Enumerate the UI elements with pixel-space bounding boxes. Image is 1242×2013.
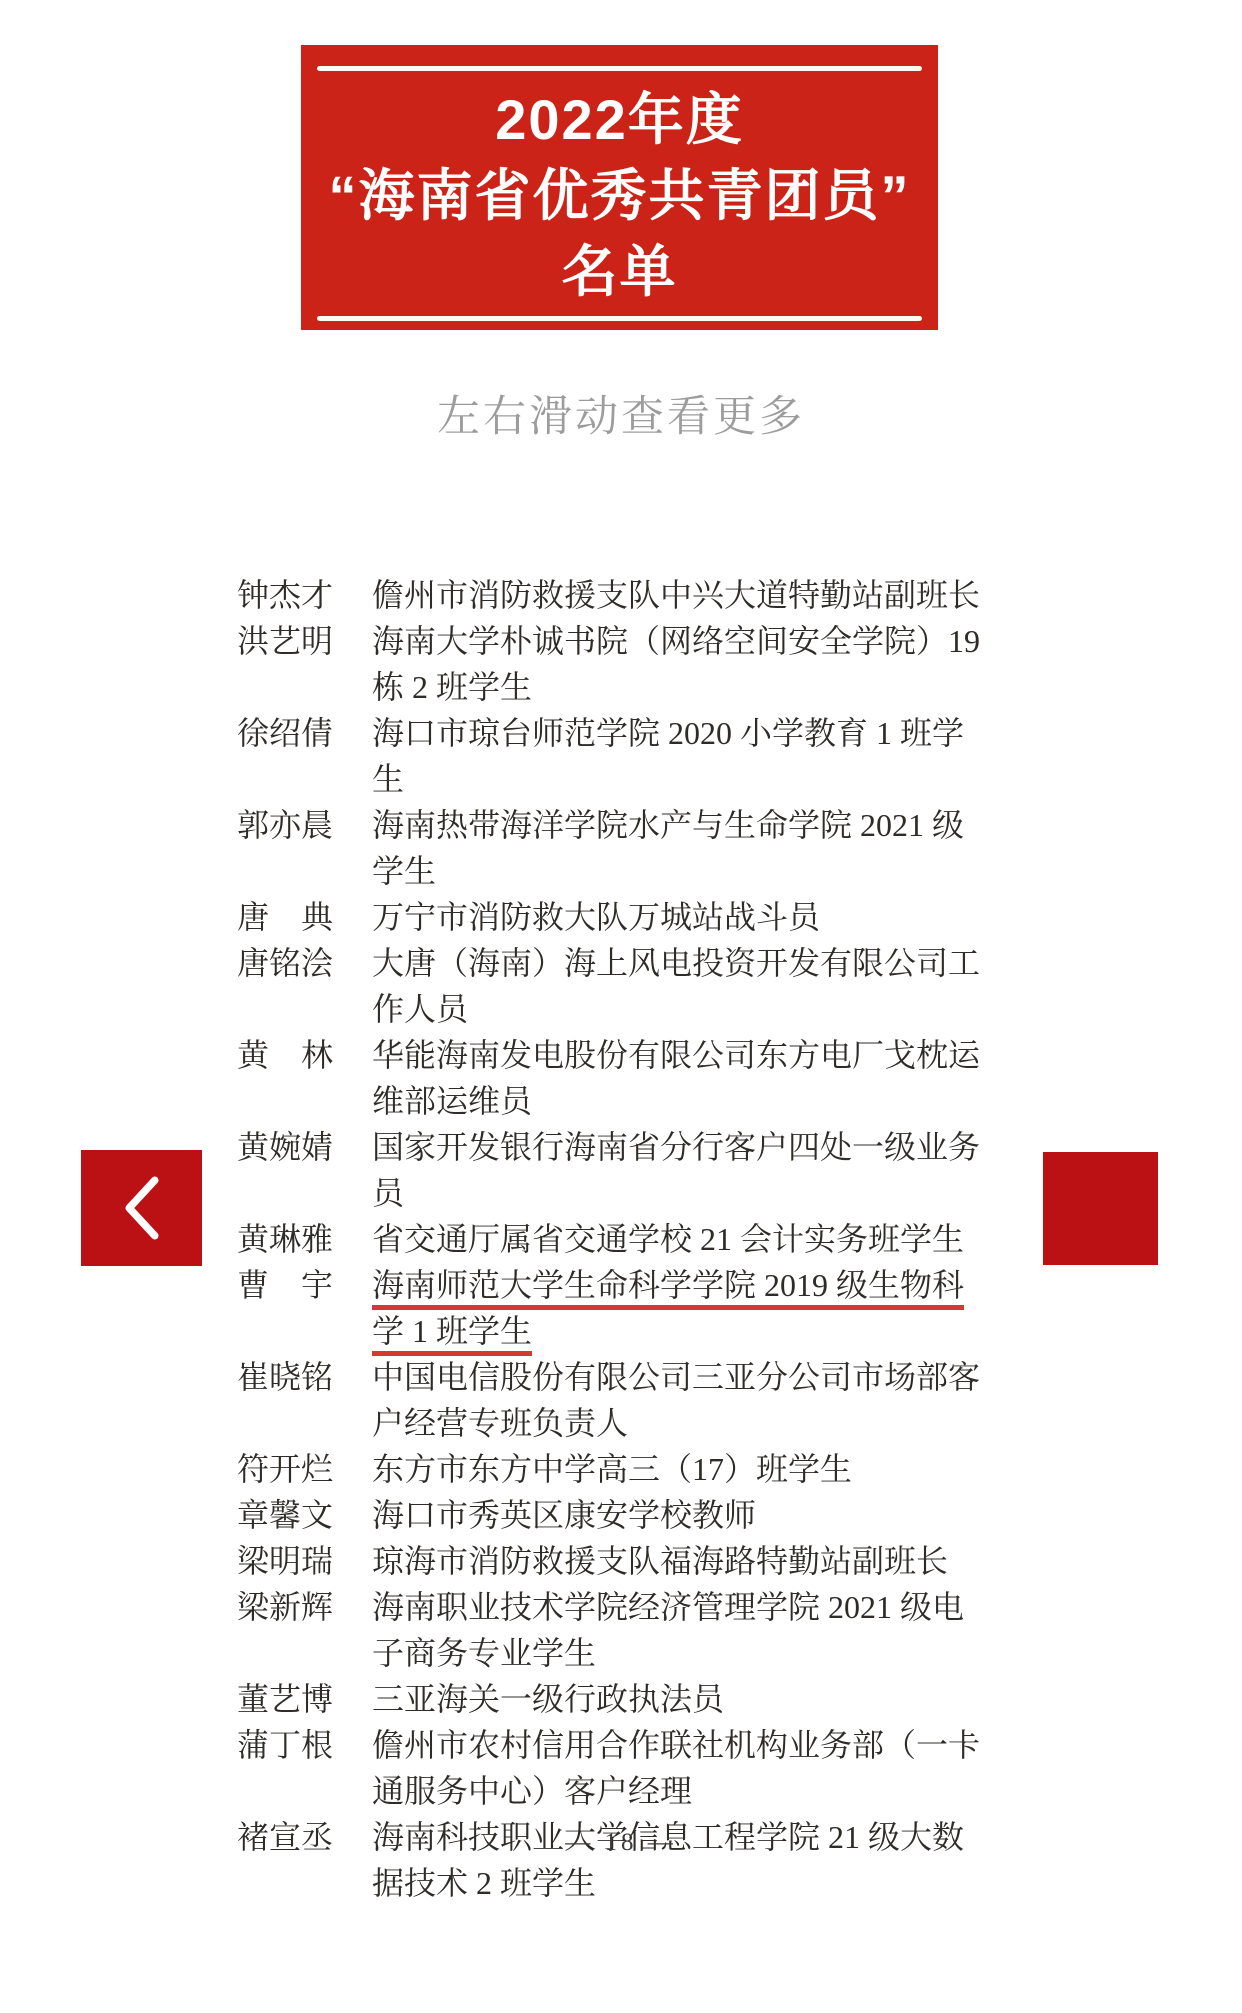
list-row: 黄 林 华能海南发电股份有限公司东方电厂戈枕运维部运维员 bbox=[0, 1032, 1242, 1124]
member-name: 符开烂 bbox=[237, 1446, 372, 1492]
member-name: 钟杰才 bbox=[237, 572, 372, 618]
list-row: 唐铭浍 大唐（海南）海上风电投资开发有限公司工作人员 bbox=[0, 940, 1242, 1032]
member-description: 海口市秀英区康安学校教师 bbox=[372, 1492, 984, 1538]
member-description: 琼海市消防救援支队福海路特勤站副班长 bbox=[372, 1538, 984, 1584]
member-name: 梁明瑞 bbox=[237, 1538, 372, 1584]
member-description: 中国电信股份有限公司三亚分公司市场部客户经营专班负责人 bbox=[372, 1354, 984, 1446]
list-row: 曹 宇 海南师范大学生命科学学院 2019 级生物科学 1 班学生 bbox=[0, 1262, 1242, 1354]
chevron-left-icon bbox=[119, 1176, 165, 1240]
member-description: 大唐（海南）海上风电投资开发有限公司工作人员 bbox=[372, 940, 984, 1032]
title-line-year: 2022年度 bbox=[301, 82, 938, 158]
member-name: 郭亦晨 bbox=[237, 802, 372, 894]
member-name: 蒲丁根 bbox=[237, 1722, 372, 1814]
member-description: 海南大学朴诚书院（网络空间安全学院）19 栋 2 班学生 bbox=[372, 618, 984, 710]
member-description: 海南师范大学生命科学学院 2019 级生物科学 1 班学生 bbox=[372, 1262, 984, 1354]
member-description: 华能海南发电股份有限公司东方电厂戈枕运维部运维员 bbox=[372, 1032, 984, 1124]
page-title: 2022年度 “海南省优秀共青团员” 名单 bbox=[301, 82, 938, 310]
member-name: 曹 宇 bbox=[237, 1262, 372, 1354]
member-description: 东方市东方中学高三（17）班学生 bbox=[372, 1446, 984, 1492]
member-description: 万宁市消防救大队万城站战斗员 bbox=[372, 894, 984, 940]
member-name: 章馨文 bbox=[237, 1492, 372, 1538]
list-row: 蒲丁根 儋州市农村信用合作联社机构业务部（一卡通服务中心）客户经理 bbox=[0, 1722, 1242, 1814]
member-name: 崔晓铭 bbox=[237, 1354, 372, 1446]
list-row: 郭亦晨 海南热带海洋学院水产与生命学院 2021 级学生 bbox=[0, 802, 1242, 894]
list-row: 洪艺明 海南大学朴诚书院（网络空间安全学院）19 栋 2 班学生 bbox=[0, 618, 1242, 710]
list-row: 褚宣丞 海南科技职业大学信息工程学院 21 级大数据技术 2 班学生 bbox=[0, 1814, 1242, 1906]
member-name: 徐绍倩 bbox=[237, 710, 372, 802]
member-description: 儋州市农村信用合作联社机构业务部（一卡通服务中心）客户经理 bbox=[372, 1722, 984, 1814]
member-description: 海南职业技术学院经济管理学院 2021 级电子商务专业学生 bbox=[372, 1584, 984, 1676]
list-row: 符开烂 东方市东方中学高三（17）班学生 bbox=[0, 1446, 1242, 1492]
list-row: 钟杰才 儋州市消防救援支队中兴大道特勤站副班长 bbox=[0, 572, 1242, 618]
list-row: 崔晓铭 中国电信股份有限公司三亚分公司市场部客户经营专班负责人 bbox=[0, 1354, 1242, 1446]
member-name: 黄 林 bbox=[237, 1032, 372, 1124]
page-number: — 18 — bbox=[0, 1829, 1242, 1857]
member-description: 儋州市消防救援支队中兴大道特勤站副班长 bbox=[372, 572, 984, 618]
list-row: 梁新辉 海南职业技术学院经济管理学院 2021 级电子商务专业学生 bbox=[0, 1584, 1242, 1676]
member-name: 黄琳雅 bbox=[237, 1216, 372, 1262]
member-description: 国家开发银行海南省分行客户四处一级业务员 bbox=[372, 1124, 984, 1216]
list-row: 梁明瑞 琼海市消防救援支队福海路特勤站副班长 bbox=[0, 1538, 1242, 1584]
banner-bottom-rule bbox=[317, 316, 922, 321]
member-name: 洪艺明 bbox=[237, 618, 372, 710]
member-description: 三亚海关一级行政执法员 bbox=[372, 1676, 984, 1722]
member-description: 海南科技职业大学信息工程学院 21 级大数据技术 2 班学生 bbox=[372, 1814, 984, 1906]
title-line-award: “海南省优秀共青团员” bbox=[301, 158, 938, 234]
member-name: 褚宣丞 bbox=[237, 1814, 372, 1906]
member-name: 黄婉婧 bbox=[237, 1124, 372, 1216]
next-arrow-button[interactable] bbox=[1043, 1152, 1158, 1265]
title-banner: 2022年度 “海南省优秀共青团员” 名单 bbox=[301, 45, 938, 330]
member-name: 唐铭浍 bbox=[237, 940, 372, 1032]
member-description: 省交通厅属省交通学校 21 会计实务班学生 bbox=[372, 1216, 984, 1262]
list-row: 徐绍倩 海口市琼台师范学院 2020 小学教育 1 班学生 bbox=[0, 710, 1242, 802]
prev-arrow-button[interactable] bbox=[81, 1150, 202, 1266]
member-description: 海南热带海洋学院水产与生命学院 2021 级学生 bbox=[372, 802, 984, 894]
list-row: 章馨文 海口市秀英区康安学校教师 bbox=[0, 1492, 1242, 1538]
member-description: 海口市琼台师范学院 2020 小学教育 1 班学生 bbox=[372, 710, 984, 802]
article-page: 2022年度 “海南省优秀共青团员” 名单 左右滑动查看更多 钟杰才 儋州市消防… bbox=[0, 0, 1242, 2013]
member-name: 董艺博 bbox=[237, 1676, 372, 1722]
list-row: 唐 典 万宁市消防救大队万城站战斗员 bbox=[0, 894, 1242, 940]
banner-top-rule bbox=[317, 66, 922, 71]
swipe-hint-text: 左右滑动查看更多 bbox=[0, 383, 1242, 444]
title-line-list: 名单 bbox=[301, 234, 938, 310]
list-row: 董艺博 三亚海关一级行政执法员 bbox=[0, 1676, 1242, 1722]
member-name: 唐 典 bbox=[237, 894, 372, 940]
member-name: 梁新辉 bbox=[237, 1584, 372, 1676]
